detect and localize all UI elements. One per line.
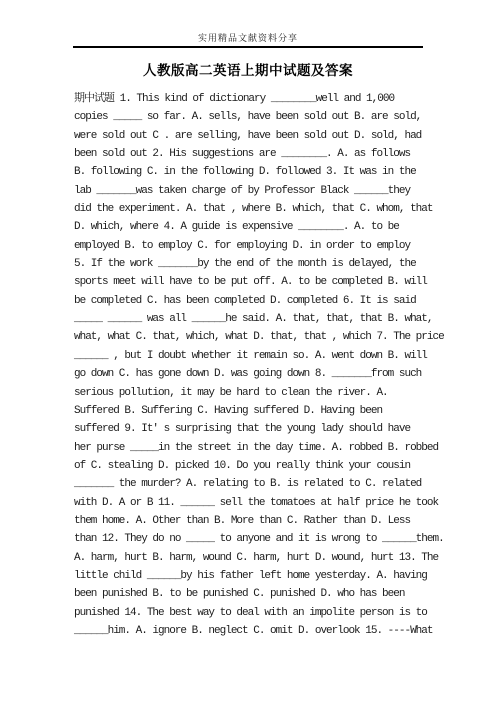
page-title: 人教版高二英语上期中试题及答案 xyxy=(0,59,496,79)
text-line: with D. A or B 11. ______ sell the tomat… xyxy=(74,494,424,512)
text-line: been punished B. to be punished C. punis… xyxy=(74,585,424,603)
text-line: ______him. A. ignore B. neglect C. omit … xyxy=(74,622,424,640)
text-line: little child ______by his father left ho… xyxy=(74,567,424,585)
text-line: A. harm, hurt B. harm, wound C. harm, hu… xyxy=(74,549,424,567)
text-line: her purse _____in the street in the day … xyxy=(74,439,424,457)
text-line: serious pollution, it may be hard to cle… xyxy=(74,384,424,402)
text-line: lab _______was taken charge of by Profes… xyxy=(74,182,424,200)
text-line: Suffered B. Suffering C. Having suffered… xyxy=(74,402,424,420)
document-body: 期中试题 1. This kind of dictionary ________… xyxy=(74,90,424,640)
text-line: D. which, where 4. A guide is expensive … xyxy=(74,218,424,236)
text-line: _______ the murder? A. relating to B. is… xyxy=(74,475,424,493)
text-line: of C. stealing D. picked 10. Do you real… xyxy=(74,457,424,475)
text-line: 期中试题 1. This kind of dictionary ________… xyxy=(74,90,424,108)
text-line: than 12. They do no _____ to anyone and … xyxy=(74,530,424,548)
text-line: B. following C. in the following D. foll… xyxy=(74,163,424,181)
text-line: sports meet will have to be put off. A. … xyxy=(74,273,424,291)
text-line: ______ , but I doubt whether it remain s… xyxy=(74,347,424,365)
text-line: what, what C. that, which, what D. that,… xyxy=(74,328,424,346)
document-page: 实用精品文献资料分享 人教版高二英语上期中试题及答案 期中试题 1. This … xyxy=(0,0,496,702)
text-line: 5. If the work _______by the end of the … xyxy=(74,255,424,273)
header-divider xyxy=(73,46,423,48)
text-line: them home. A. Other than B. More than C.… xyxy=(74,512,424,530)
text-line: did the experiment. A. that , where B. w… xyxy=(74,200,424,218)
text-line: punished 14. The best way to deal with a… xyxy=(74,604,424,622)
text-line: been sold out 2. His suggestions are ___… xyxy=(74,145,424,163)
text-line: were sold out C . are selling, have been… xyxy=(74,127,424,145)
text-line: copies _____ so far. A. sells, have been… xyxy=(74,108,424,126)
text-line: suffered 9. It' s surprising that the yo… xyxy=(74,420,424,438)
text-line: _____ ______ was all ______he said. A. t… xyxy=(74,310,424,328)
text-line: go down C. has gone down D. was going do… xyxy=(74,365,424,383)
text-line: be completed C. has been completed D. co… xyxy=(74,292,424,310)
page-header-watermark: 实用精品文献资料分享 xyxy=(0,31,496,44)
text-line: employed B. to employ C. for employing D… xyxy=(74,237,424,255)
